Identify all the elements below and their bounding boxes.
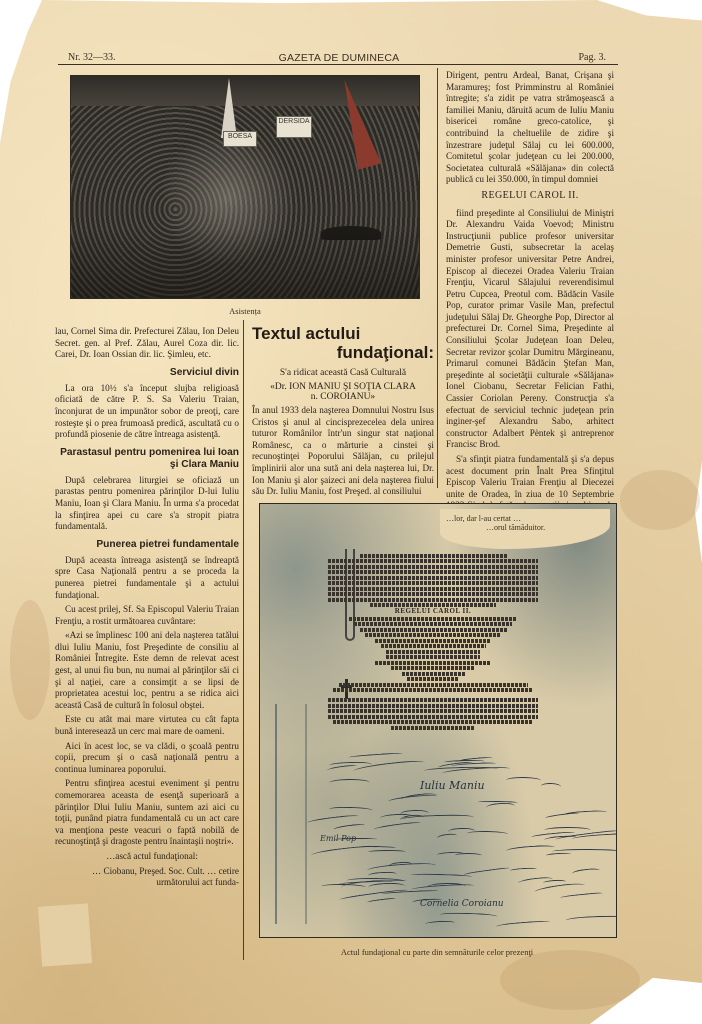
torn-patch — [38, 903, 92, 966]
column-rule — [437, 68, 438, 488]
photo-foreground — [71, 228, 419, 298]
king-heading: REGELUI CAROL II. — [446, 190, 614, 202]
paragraph: Cu acest prilej, Sf. Sa Episcopul Valeri… — [55, 604, 239, 627]
paragraph: … Ciobanu, Preşed. Soc. Cult. … cetire u… — [55, 866, 239, 889]
middle-column: Textul actului fundaţional: S'a ridicat … — [252, 324, 434, 498]
paragraph: Pentru sfinţirea acestui eveniment şi pe… — [55, 778, 239, 848]
paragraph: Dirigent, pentru Ardeal, Banat, Crişana … — [446, 70, 614, 186]
decorative-pillar — [275, 704, 307, 924]
crowd-photo: BOESA DERSIDA — [70, 75, 420, 299]
paragraph: Este cu atât mai mare virtutea cu cât fa… — [55, 714, 239, 737]
signature-stroke — [411, 883, 474, 892]
paper-stain — [620, 470, 700, 530]
signature-stroke — [368, 850, 406, 854]
signature: Emil Pop — [320, 834, 356, 843]
printed-act-text: REGELUI CAROL II. — [328, 552, 538, 731]
article-title-line2: fundaţional: — [252, 343, 434, 362]
paper-stain — [500, 950, 640, 1010]
banner-sign: DERSIDA — [276, 116, 312, 138]
signature-stroke — [349, 752, 403, 759]
section-heading: Punerea pietrei fundamentale — [55, 539, 239, 551]
paper-stain — [10, 600, 50, 720]
torn-text: …orul tămăduitor. — [486, 523, 604, 532]
signature-stroke — [463, 866, 510, 876]
signature: Cornelia Coroianu — [420, 899, 504, 909]
torn-overlay: …lor, dar l-au certat … …orul tămăduitor… — [440, 509, 610, 549]
signature-stroke — [367, 898, 396, 905]
signature-stroke — [329, 807, 373, 815]
section-heading: Parastasul pentru pomenirea lui Ioan şi … — [55, 447, 239, 471]
masthead-rule — [58, 64, 618, 65]
house-name-line1: «Dr. ION MANIU ŞI SOŢIA CLARA — [252, 382, 434, 392]
signature-stroke — [546, 853, 571, 858]
left-column: lau, Cornel Sima dir. Prefecturei Zălau,… — [55, 326, 239, 892]
document-caption: Actul fundaţional cu parte din semnături… — [259, 947, 615, 957]
paragraph: fiind preşedinte al Consiliului de Miniş… — [446, 208, 614, 451]
signature-stroke — [510, 867, 538, 873]
paragraph: La ora 10½ s'a început slujba religioasă… — [55, 383, 239, 441]
column-rule — [243, 320, 244, 960]
signature-stroke — [572, 868, 601, 877]
signature-stroke — [506, 777, 541, 784]
signature-stroke — [496, 920, 550, 929]
signature-stroke — [436, 833, 457, 842]
signature-stroke — [560, 892, 603, 900]
signature-stroke — [455, 853, 482, 858]
paragraph: …ască actul fundaţional: — [55, 851, 239, 863]
banner-sign: BOESA — [223, 131, 257, 147]
signature-stroke — [506, 844, 555, 854]
torn-text: …lor, dar l-au certat … — [446, 514, 604, 523]
photo-trees — [71, 76, 419, 106]
photo-caption: Asistența — [70, 306, 420, 316]
signature: Iuliu Maniu — [420, 779, 485, 792]
signature-stroke — [440, 912, 497, 919]
flag-icon — [221, 78, 237, 138]
signature-stroke — [541, 783, 561, 791]
signature-stroke — [566, 915, 617, 924]
intro-paragraph: lau, Cornel Sima dir. Prefecturei Zălau,… — [55, 326, 239, 361]
signature-stroke — [333, 823, 366, 832]
article-subtitle: S'a ridicat această Casă Culturală — [252, 368, 434, 378]
act-heading: REGELUI CAROL II. — [328, 609, 538, 615]
page-number: Pag. 3. — [579, 52, 607, 63]
paragraph: După celebrarea liturgiei se oficiază un… — [55, 475, 239, 533]
newspaper-title: GAZETA DE DUMINECA — [64, 52, 614, 64]
signature-stroke — [425, 921, 456, 927]
signature-stroke — [328, 779, 369, 787]
signature-stroke — [544, 827, 591, 834]
article-title-line1: Textul actului — [252, 324, 434, 343]
paragraph: Aici în acest loc, se va clădi, o şcoală… — [55, 741, 239, 776]
section-heading: Serviciul divin — [55, 367, 239, 379]
signature-stroke — [373, 821, 421, 832]
foundation-act-image: …lor, dar l-au certat … …orul tămăduitor… — [259, 503, 617, 938]
paragraph: După aceasta întreaga asistenţă se îndre… — [55, 555, 239, 601]
paragraph: «Azi se împlinesc 100 ani dela naşterea … — [55, 630, 239, 711]
signature-stroke — [388, 794, 437, 805]
article-body: În anul 1933 dela naşterea Domnului Nost… — [252, 405, 434, 498]
house-name-line2: n. COROIANU» — [252, 392, 434, 402]
